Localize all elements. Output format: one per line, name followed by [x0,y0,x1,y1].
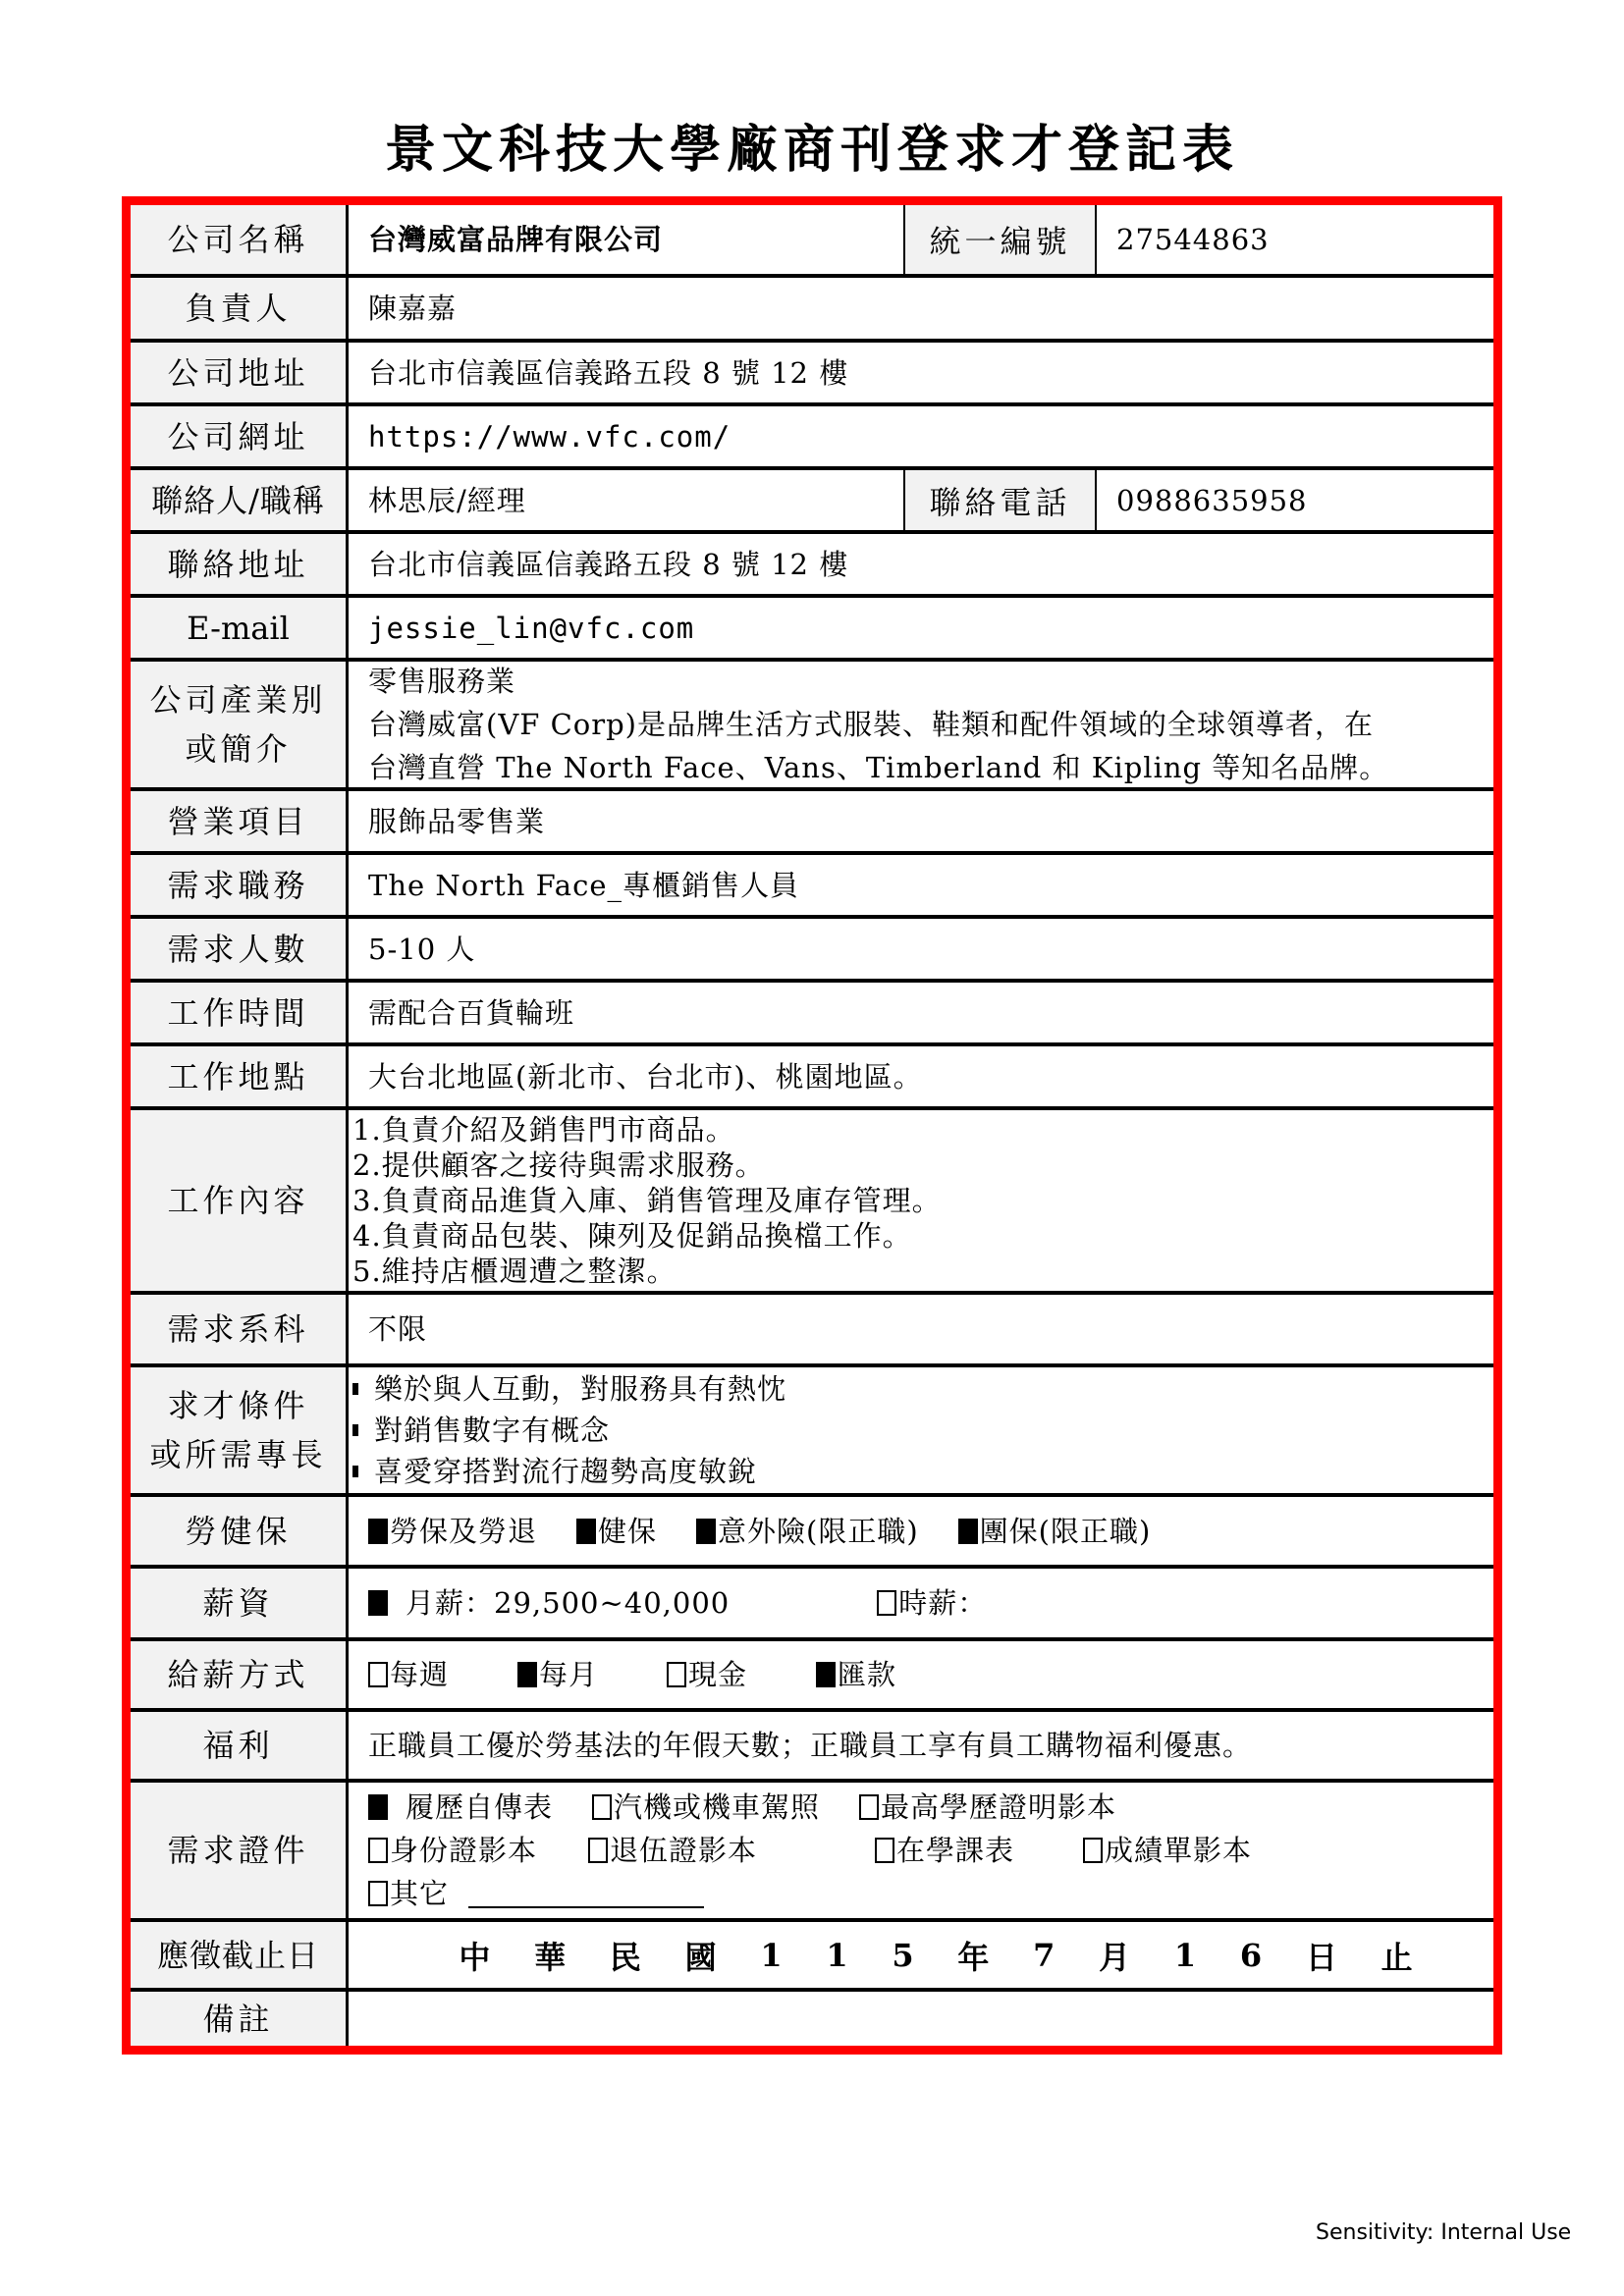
checkbox-empty-icon [859,1794,879,1820]
checkbox-empty-icon [875,1838,894,1863]
headcount-value: 5-10 人 [349,919,1493,979]
bullet-icon [352,1383,358,1395]
checkbox-checked-icon [816,1662,836,1687]
label-remarks: 備註 [131,1992,349,2046]
benefits-value: 正職員工優於勞基法的年假天數；正職員工享有員工購物福利優惠。 [349,1712,1493,1779]
label-tax-id: 統一編號 [905,205,1097,274]
checkbox-monthly-salary[interactable]: 月薪：29,500~40,000 [368,1581,730,1625]
row-deadline: 應徵截止日 中 華 民 國 1 1 5 年 7 月 1 6 日 止 [131,1918,1493,1988]
checkbox-checked-icon [368,1794,388,1820]
label-duties: 工作內容 [131,1110,349,1291]
checkbox-empty-icon [368,1881,388,1906]
row-headcount: 需求人數 5-10 人 [131,915,1493,979]
label-salary: 薪資 [131,1569,349,1637]
documents-line-3: 其它 [368,1872,704,1915]
owner-value: 陳嘉嘉 [349,278,1493,339]
row-email: E-mail jessie_lin@vfc.com [131,594,1493,658]
bullet-icon [352,1466,358,1477]
label-benefits: 福利 [131,1712,349,1779]
business-value: 服飾品零售業 [349,791,1493,851]
checkbox-empty-icon [368,1662,388,1687]
company-address-value: 台北市信義區信義路五段 8 號 12 樓 [349,343,1493,402]
industry-value: 零售服務業 台灣威富(VF Corp)是品牌生活方式服裝、鞋類和配件領域的全球領… [349,662,1493,787]
checkbox-empty-icon [1083,1838,1103,1863]
insurance-options: 勞保及勞退 健保 意外險(限正職) 團保(限正職) [349,1497,1493,1565]
major-value: 不限 [349,1295,1493,1363]
documents-options: 履歷自傳表 汽機或機車駕照 最高學歷證明影本 身份證影本 退伍證影本 在學課表 … [349,1783,1493,1918]
checkbox-empty-icon [368,1838,388,1863]
row-location: 工作地點 大台北地區(新北市、台北市)、桃園地區。 [131,1042,1493,1106]
row-business: 營業項目 服飾品零售業 [131,787,1493,851]
checkbox-weekly[interactable]: 每週 [368,1653,449,1696]
company-name-value: 台灣威富品牌有限公司 [349,205,905,274]
row-company-address: 公司地址 台北市信義區信義路五段 8 號 12 樓 [131,339,1493,402]
row-remarks: 備註 [131,1988,1493,2046]
industry-line: 台灣直營 The North Face、Vans、Timberland 和 Ki… [368,746,1388,789]
row-company-name: 公司名稱 台灣威富品牌有限公司 統一編號 27544863 [131,205,1493,274]
checkbox-health-insurance[interactable]: 健保 [576,1510,657,1553]
requirement-item: 對銷售數字有概念 [352,1410,610,1451]
checkbox-checked-icon [517,1662,537,1687]
row-requirements: 求才條件 或所需專長 樂於與人互動，對服務具有熱忱 對銷售數字有概念 喜愛穿搭對… [131,1363,1493,1493]
requirement-item: 喜愛穿搭對流行趨勢高度敏銳 [352,1451,757,1492]
website-value: https://www.vfc.com/ [349,406,1493,466]
label-company-name: 公司名稱 [131,205,349,274]
label-position: 需求職務 [131,855,349,915]
label-deadline: 應徵截止日 [131,1922,349,1988]
checkbox-empty-icon [588,1838,608,1863]
row-position: 需求職務 The North Face_專櫃銷售人員 [131,851,1493,915]
form-grid: 公司名稱 台灣威富品牌有限公司 統一編號 27544863 負責人 陳嘉嘉 公司… [131,205,1493,2046]
checkbox-id-copy[interactable]: 身份證影本 [368,1829,537,1872]
documents-line-1: 履歷自傳表 汽機或機車駕照 最高學歷證明影本 [368,1786,1156,1829]
checkbox-hourly-salary[interactable]: 時薪： [877,1581,987,1625]
label-hours: 工作時間 [131,983,349,1042]
row-owner: 負責人 陳嘉嘉 [131,274,1493,339]
label-business: 營業項目 [131,791,349,851]
label-owner: 負責人 [131,278,349,339]
checkbox-empty-icon [877,1590,896,1616]
requirements-value: 樂於與人互動，對服務具有熱忱 對銷售數字有概念 喜愛穿搭對流行趨勢高度敏銳 [349,1367,1493,1493]
contact-address-value: 台北市信義區信義路五段 8 號 12 樓 [349,534,1493,594]
label-requirements: 求才條件 或所需專長 [131,1367,349,1493]
label-contact: 聯絡人/職稱 [131,470,349,530]
row-contact: 聯絡人/職稱 林思辰/經理 聯絡電話 0988635958 [131,466,1493,530]
checkbox-driver-license[interactable]: 汽機或機車駕照 [592,1786,820,1829]
label-industry: 公司產業別 或簡介 [131,662,349,787]
label-headcount: 需求人數 [131,919,349,979]
other-document-input[interactable] [468,1879,704,1908]
email-value: jessie_lin@vfc.com [349,598,1493,658]
checkbox-checked-icon [958,1519,978,1544]
row-insurance: 勞健保 勞保及勞退 健保 意外險(限正職) 團保(限正職) [131,1493,1493,1565]
label-company-address: 公司地址 [131,343,349,402]
checkbox-checked-icon [696,1519,716,1544]
label-location: 工作地點 [131,1046,349,1106]
checkbox-resume[interactable]: 履歷自傳表 [368,1786,553,1829]
sensitivity-label: Sensitivity: Internal Use [1316,2220,1571,2245]
checkbox-other[interactable]: 其它 [368,1872,449,1915]
form-frame: 公司名稱 台灣威富品牌有限公司 統一編號 27544863 負責人 陳嘉嘉 公司… [122,196,1502,2055]
phone-value: 0988635958 [1097,470,1493,530]
position-value: The North Face_專櫃銷售人員 [349,855,1493,915]
label-pay-method: 給薪方式 [131,1641,349,1708]
checkbox-discharge-copy[interactable]: 退伍證影本 [588,1829,757,1872]
remarks-value [349,1992,1493,2046]
checkbox-cash[interactable]: 現金 [667,1653,747,1696]
checkbox-checked-icon [368,1519,388,1544]
checkbox-group-insurance[interactable]: 團保(限正職) [958,1510,1152,1553]
industry-line: 零售服務業 [368,660,515,703]
label-insurance: 勞健保 [131,1497,349,1565]
row-duties: 工作內容 1.負責介紹及銷售門市商品。 2.提供顧客之接待與需求服務。 3.負責… [131,1106,1493,1291]
row-salary: 薪資 月薪：29,500~40,000 時薪： [131,1565,1493,1637]
label-documents: 需求證件 [131,1783,349,1918]
checkbox-empty-icon [592,1794,612,1820]
label-contact-address: 聯絡地址 [131,534,349,594]
checkbox-transcript[interactable]: 成績單影本 [1083,1829,1252,1872]
row-major: 需求系科 不限 [131,1291,1493,1363]
checkbox-checked-icon [368,1590,388,1616]
duty-item: 3.負責商品進貨入庫、銷售管理及庫存管理。 [352,1183,942,1218]
label-website: 公司網址 [131,406,349,466]
checkbox-monthly[interactable]: 每月 [517,1653,598,1696]
checkbox-diploma[interactable]: 最高學歷證明影本 [859,1786,1116,1829]
location-value: 大台北地區(新北市、台北市)、桃園地區。 [349,1046,1493,1106]
row-benefits: 福利 正職員工優於勞基法的年假天數；正職員工享有員工購物福利優惠。 [131,1708,1493,1779]
row-hours: 工作時間 需配合百貨輪班 [131,979,1493,1042]
industry-line: 台灣威富(VF Corp)是品牌生活方式服裝、鞋類和配件領域的全球領導者，在 [368,703,1374,746]
form-title: 景文科技大學廠商刊登求才登記表 [0,116,1624,185]
checkbox-class-schedule[interactable]: 在學課表 [875,1829,1014,1872]
hours-value: 需配合百貨輪班 [349,983,1493,1042]
label-major: 需求系科 [131,1295,349,1363]
row-pay-method: 給薪方式 每週 每月 現金 匯款 [131,1637,1493,1708]
bullet-icon [352,1424,358,1436]
checkbox-checked-icon [576,1519,596,1544]
label-phone: 聯絡電話 [905,470,1097,530]
tax-id-value: 27544863 [1097,205,1493,274]
contact-value: 林思辰/經理 [349,470,905,530]
duties-value: 1.負責介紹及銷售門市商品。 2.提供顧客之接待與需求服務。 3.負責商品進貨入… [349,1110,1493,1291]
pay-method-options: 每週 每月 現金 匯款 [349,1641,1493,1708]
duty-item: 4.負責商品包裝、陳列及促銷品換檔工作。 [352,1218,912,1254]
row-industry: 公司產業別 或簡介 零售服務業 台灣威富(VF Corp)是品牌生活方式服裝、鞋… [131,658,1493,787]
label-email: E-mail [131,598,349,658]
salary-options: 月薪：29,500~40,000 時薪： [349,1569,1493,1637]
documents-line-2: 身份證影本 退伍證影本 在學課表 成績單影本 [368,1829,1291,1872]
duty-item: 1.負責介紹及銷售門市商品。 [352,1112,735,1148]
duty-item: 5.維持店櫃週遭之整潔。 [352,1254,677,1289]
duty-item: 2.提供顧客之接待與需求服務。 [352,1148,765,1183]
row-documents: 需求證件 履歷自傳表 汽機或機車駕照 最高學歷證明影本 身份證影本 退伍證影本 … [131,1779,1493,1918]
checkbox-accident-insurance[interactable]: 意外險(限正職) [696,1510,919,1553]
row-contact-address: 聯絡地址 台北市信義區信義路五段 8 號 12 樓 [131,530,1493,594]
deadline-value: 中 華 民 國 1 1 5 年 7 月 1 6 日 止 [349,1922,1493,1988]
checkbox-transfer[interactable]: 匯款 [816,1653,896,1696]
checkbox-labor-insurance[interactable]: 勞保及勞退 [368,1510,537,1553]
requirement-item: 樂於與人互動，對服務具有熱忱 [352,1368,786,1410]
checkbox-empty-icon [667,1662,686,1687]
row-website: 公司網址 https://www.vfc.com/ [131,402,1493,466]
